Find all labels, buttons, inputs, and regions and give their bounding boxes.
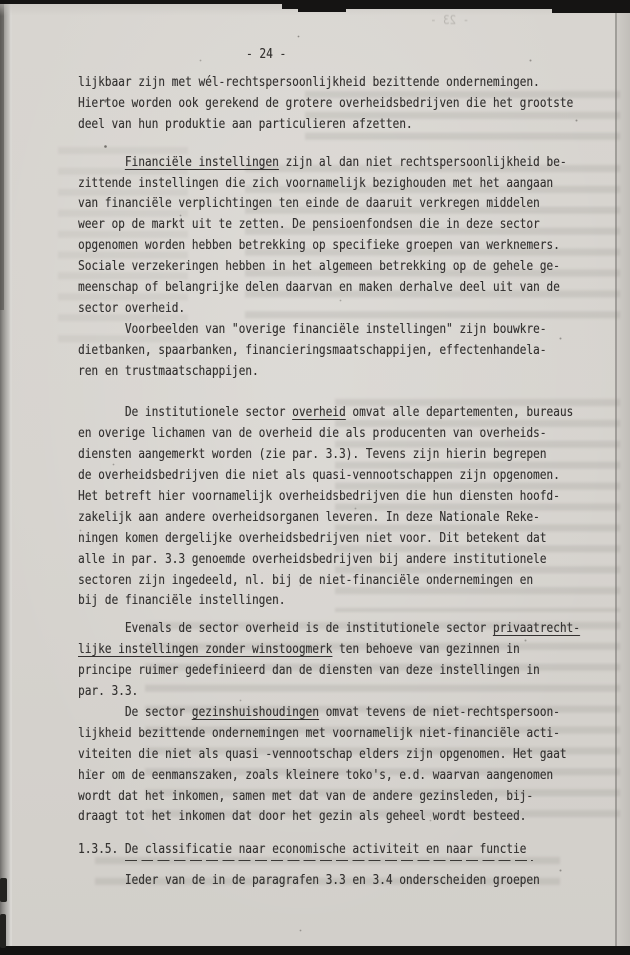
- text-segment: Het betreft hier voornamelijk overheidsb…: [78, 489, 560, 504]
- text-segment: weer op de markt uit te zetten. De pensi…: [78, 217, 540, 232]
- section-heading: 1.3.5. De classificatie naar economische…: [78, 840, 594, 861]
- paragraph-sector-overheid: De institutionele sector overheid omvat …: [78, 403, 594, 612]
- underlined-text: Financiële instellingen: [125, 155, 279, 170]
- underlined-text: overheid: [292, 405, 346, 420]
- text-segment: [78, 155, 125, 170]
- scanned-document-page: - 23 - - 24 - lijkbaar zijn met wél-rech…: [0, 0, 630, 955]
- text-segment: ren en trustmaatschappijen.: [78, 364, 259, 379]
- text-line: ren en trustmaatschappijen.: [78, 362, 594, 383]
- text-segment: Evenals de sector overheid is de institu…: [78, 621, 493, 636]
- text-segment: omvat alle departementen, bureaus: [346, 405, 574, 420]
- text-line: ningen komen dergelijke overheidsbedrijv…: [78, 529, 594, 550]
- text-line: De sector gezinshuishoudingen omvat teve…: [78, 703, 594, 724]
- text-segment: De sector: [78, 705, 192, 720]
- text-line: viteiten die niet als quasi -vennootscha…: [78, 745, 594, 766]
- text-line: 1.3.5. De classificatie naar economische…: [78, 840, 594, 861]
- text-segment: wordt dat het inkomen, samen met dat van…: [78, 789, 533, 804]
- text-line: draagt tot het inkomen dat door het gezi…: [78, 807, 594, 828]
- text-line: lijke instellingen zonder winstoogmerk t…: [78, 640, 594, 661]
- paragraph-privaatrechtelijke-instellingen: Evenals de sector overheid is de institu…: [78, 619, 594, 703]
- scan-edge-mark: [0, 914, 6, 948]
- text-line: lijkheid bezittende ondernemingen met vo…: [78, 724, 594, 745]
- text-segment: De institutionele sector: [78, 405, 292, 420]
- text-segment: principe ruimer gedefinieerd dan de dien…: [78, 663, 540, 678]
- underlined-text: gezinshuishoudingen: [192, 705, 319, 720]
- text-segment: omvat tevens de niet-rechtspersoon-: [319, 705, 560, 720]
- text-line: Sociale verzekeringen hebben in het alge…: [78, 257, 594, 278]
- text-line: sectoren zijn ingedeeld, nl. bij de niet…: [78, 571, 594, 592]
- text-line: Het betreft hier voornamelijk overheidsb…: [78, 487, 594, 508]
- paragraph-gezinshuishoudingen: De sector gezinshuishoudingen omvat teve…: [78, 703, 594, 828]
- scan-border-bottom: [0, 946, 630, 955]
- text-segment: 1.3.5.: [78, 842, 125, 857]
- text-segment: lijkheid bezittende ondernemingen met vo…: [78, 726, 560, 741]
- ghost-page-number: - 23 -: [430, 13, 469, 27]
- text-segment: van financiële verplichtingen ten einde …: [78, 196, 540, 211]
- text-line: de overheidsbedrijven die niet als quasi…: [78, 466, 594, 487]
- text-segment: hier om de eenmanszaken, zoals kleinere …: [78, 768, 553, 783]
- text-segment: sector overheid.: [78, 301, 185, 316]
- text-line: lijkbaar zijn met wél-rechtspersoonlijkh…: [78, 73, 594, 94]
- text-segment: zijn al dan niet rechtspersoonlijkheid b…: [279, 155, 567, 170]
- text-segment: Sociale verzekeringen hebben in het alge…: [78, 259, 560, 274]
- scan-specks: [0, 0, 1, 1]
- dashed-underlined-text: De classificatie naar economische activi…: [125, 842, 533, 861]
- text-segment: dietbanken, spaarbanken, financieringsma…: [78, 343, 546, 358]
- text-line: Ieder van de in de paragrafen 3.3 en 3.4…: [78, 871, 594, 892]
- text-segment: ningen komen dergelijke overheidsbedrijv…: [78, 531, 546, 546]
- text-line: par. 3.3.: [78, 682, 594, 703]
- text-segment: deel van hun produktie aan particulieren…: [78, 117, 413, 132]
- text-segment: bij de financiële instellingen.: [78, 593, 285, 608]
- text-line: zakelijk aan andere overheidsorganen lev…: [78, 508, 594, 529]
- text-line: hier om de eenmanszaken, zoals kleinere …: [78, 766, 594, 787]
- text-segment: opgenomen worden hebben betrekking op sp…: [78, 238, 560, 253]
- text-segment: zittende instellingen die zich voornamel…: [78, 176, 553, 191]
- text-segment: en overige lichamen van de overheid die …: [78, 426, 546, 441]
- text-segment: diensten aangemerkt worden (zie par. 3.3…: [78, 447, 546, 462]
- text-line: alle in par. 3.3 genoemde overheidsbedri…: [78, 550, 594, 571]
- text-line: dietbanken, spaarbanken, financieringsma…: [78, 341, 594, 362]
- paragraph-financiele-instellingen: Financiële instellingen zijn al dan niet…: [78, 153, 594, 320]
- text-segment: lijkbaar zijn met wél-rechtspersoonlijkh…: [78, 75, 540, 90]
- text-line: principe ruimer gedefinieerd dan de dien…: [78, 661, 594, 682]
- text-line: Hiertoe worden ook gerekend de grotere o…: [78, 94, 594, 115]
- page-right-edge: [617, 13, 630, 946]
- text-line: sector overheid.: [78, 299, 594, 320]
- text-segment: sectoren zijn ingedeeld, nl. bij de niet…: [78, 573, 533, 588]
- text-segment: alle in par. 3.3 genoemde overheidsbedri…: [78, 552, 546, 567]
- text-line: en overige lichamen van de overheid die …: [78, 424, 594, 445]
- text-line: wordt dat het inkomen, samen met dat van…: [78, 787, 594, 808]
- text-line: zittende instellingen die zich voornamel…: [78, 174, 594, 195]
- text-segment: Hiertoe worden ook gerekend de grotere o…: [78, 96, 573, 111]
- text-line: Evenals de sector overheid is de institu…: [78, 619, 594, 640]
- paragraph-continuation: lijkbaar zijn met wél-rechtspersoonlijkh…: [78, 73, 594, 136]
- text-line: weer op de markt uit te zetten. De pensi…: [78, 215, 594, 236]
- underlined-text: lijke instellingen zonder winstoogmerk: [78, 642, 332, 657]
- page-right-edge-line: [615, 13, 617, 946]
- underlined-text: privaatrecht-: [493, 621, 580, 636]
- text-line: diensten aangemerkt worden (zie par. 3.3…: [78, 445, 594, 466]
- text-segment: Voorbeelden van "overige financiële inst…: [78, 322, 546, 337]
- text-segment: draagt tot het inkomen dat door het gezi…: [78, 809, 526, 824]
- paragraph-ieder-van-de: Ieder van de in de paragrafen 3.3 en 3.4…: [78, 871, 594, 892]
- text-line: bij de financiële instellingen.: [78, 591, 594, 612]
- text-line: Voorbeelden van "overige financiële inst…: [78, 320, 594, 341]
- text-segment: viteiten die niet als quasi -vennootscha…: [78, 747, 567, 762]
- text-segment: Ieder van de in de paragrafen 3.3 en 3.4…: [78, 873, 540, 888]
- page-number: - 24 -: [246, 47, 286, 62]
- text-segment: par. 3.3.: [78, 684, 138, 699]
- paragraph-voorbeelden: Voorbeelden van "overige financiële inst…: [78, 320, 594, 383]
- page-left-edge-shadow: [0, 0, 4, 310]
- text-segment: ten behoeve van gezinnen in: [332, 642, 519, 657]
- scan-border-top-corner: [552, 0, 630, 13]
- text-segment: meenschap of belangrijke delen daarvan e…: [78, 280, 560, 295]
- scan-edge-mark: [0, 878, 7, 902]
- text-line: opgenomen worden hebben betrekking op sp…: [78, 236, 594, 257]
- text-column: lijkbaar zijn met wél-rechtspersoonlijkh…: [78, 73, 594, 892]
- text-line: Financiële instellingen zijn al dan niet…: [78, 153, 594, 174]
- text-line: De institutionele sector overheid omvat …: [78, 403, 594, 424]
- text-segment: zakelijk aan andere overheidsorganen lev…: [78, 510, 540, 525]
- text-line: deel van hun produktie aan particulieren…: [78, 115, 594, 136]
- text-line: meenschap of belangrijke delen daarvan e…: [78, 278, 594, 299]
- text-segment: de overheidsbedrijven die niet als quasi…: [78, 468, 560, 483]
- scan-border-top-blob: [298, 0, 346, 12]
- text-line: van financiële verplichtingen ten einde …: [78, 194, 594, 215]
